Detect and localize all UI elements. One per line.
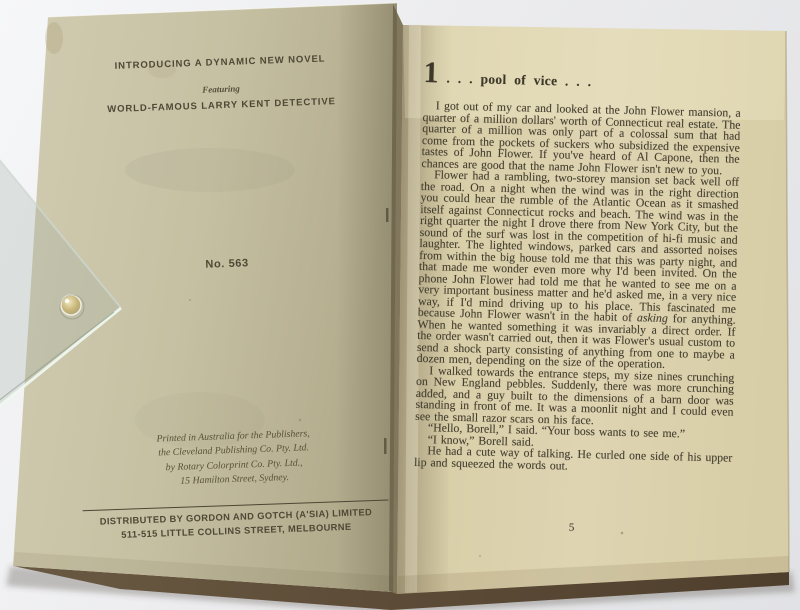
paragraph: I got out of my car and looked at the Jo… (421, 100, 741, 177)
page-number: 5 (412, 518, 730, 538)
paragraph: He had a cute way of talking. He curled … (414, 445, 732, 476)
right-page-content: 1 . . . pool of vice . . . I got out of … (411, 58, 742, 586)
paragraph: Flower had a rambling, two-storey mansio… (417, 169, 740, 372)
chapter-number: 1 (423, 58, 439, 88)
paragraph-text: Flower had a rambling, two-storey mansio… (418, 167, 740, 324)
printer-imprint: Printed in Australia for the Publishers,… (63, 424, 405, 493)
intro-heading: INTRODUCING A DYNAMIC NEW NOVEL (50, 51, 390, 74)
paragraph-text: for anything. When he wanted something i… (416, 311, 735, 371)
chapter-heading: 1 . . . pool of vice . . . (423, 58, 742, 96)
issue-number: No. 563 (57, 252, 397, 276)
open-book-photo: INTRODUCING A DYNAMIC NEW NOVEL Featurin… (0, 0, 800, 610)
left-page-content: INTRODUCING A DYNAMIC NEW NOVEL Featurin… (49, 34, 407, 556)
distributor-imprint: DISTRIBUTED BY GORDON AND GOTCH (A'SIA) … (66, 505, 407, 544)
chapter-title: . . . pool of vice . . . (446, 71, 591, 91)
paragraph: I walked towards the entrance steps, my … (415, 364, 734, 429)
